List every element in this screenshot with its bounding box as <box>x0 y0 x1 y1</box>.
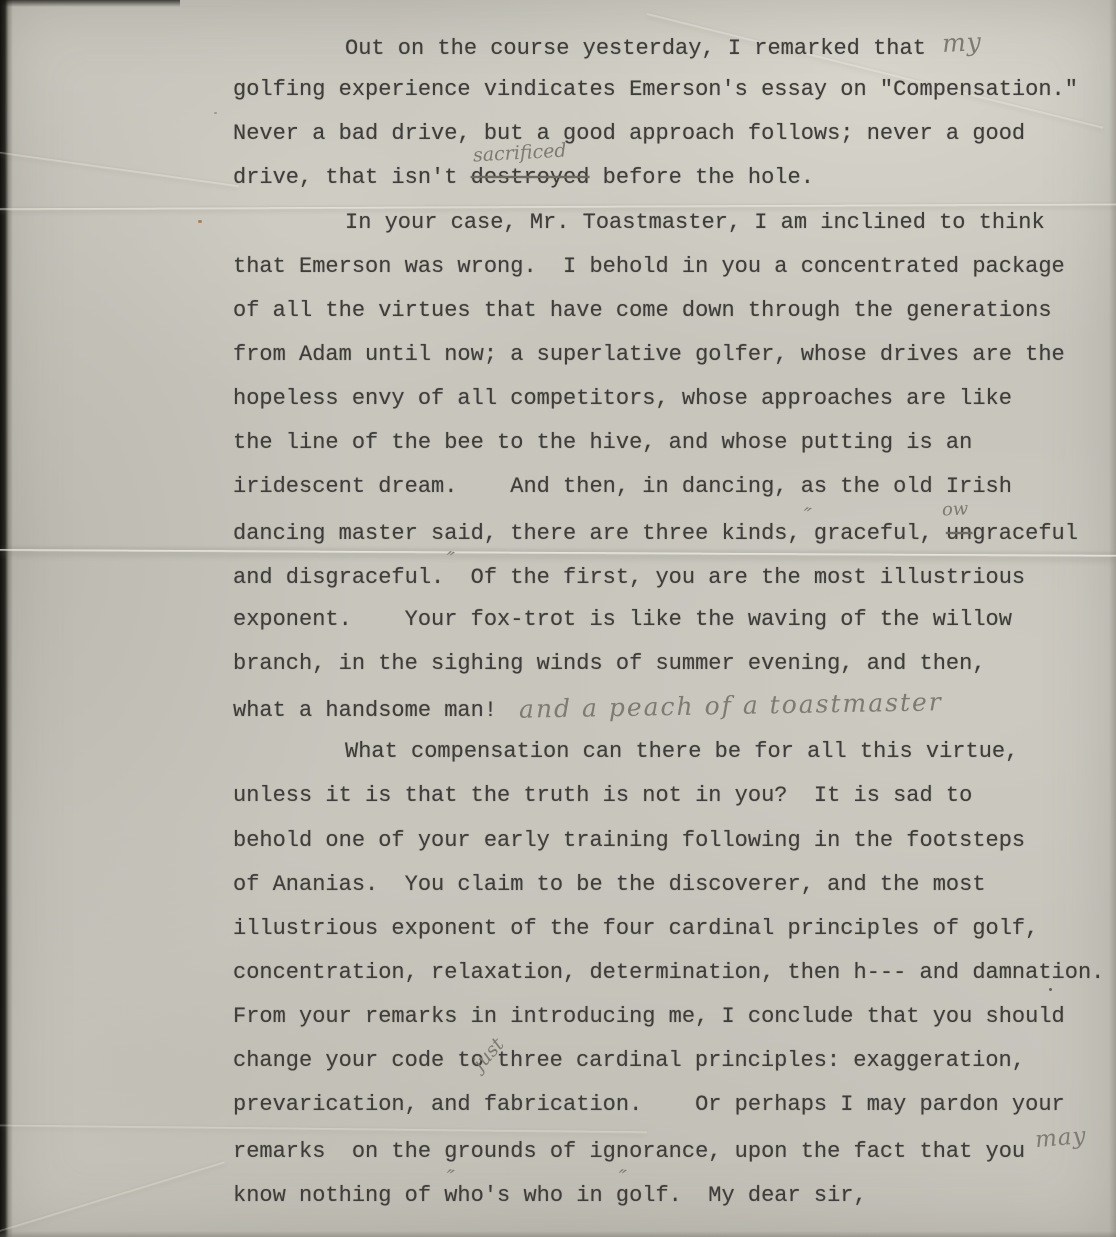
letter-line: exponent. Your fox-trot is like the wavi… <box>233 598 1113 642</box>
handwritten-insertion: just <box>484 1062 497 1066</box>
typed-text: drive, that isn't <box>233 165 471 190</box>
typed-text: prevarication, and fabrication. Or perha… <box>233 1092 1065 1117</box>
typed-text: of all the virtues that have come down t… <box>233 298 1052 323</box>
letter-line: prevarication, and fabrication. Or perha… <box>233 1083 1113 1127</box>
typed-text: What compensation can there be for all t… <box>345 739 1018 764</box>
typed-text: Of the first, you are the most illustrio… <box>444 565 1025 590</box>
handwritten-annotation: may <box>1033 1113 1088 1161</box>
handwritten-annotation: and a peach of a toastmaster <box>519 680 943 732</box>
typed-text: graceful <box>972 521 1078 546</box>
letter-line: concentration, relaxation, determination… <box>233 951 1113 995</box>
typed-text: From your remarks in introducing me, I c… <box>233 1004 1065 1029</box>
struck-through-text: unow <box>946 521 972 546</box>
letter-page: Out on the course yesterday, I remarked … <box>0 0 1116 1237</box>
typed-text: concentration, relaxation, determination… <box>233 960 1104 985</box>
letter-line: that Emerson was wrong. I behold in you … <box>233 245 1113 289</box>
letter-line: hopeless envy of all competitors, whose … <box>233 377 1113 421</box>
typed-text: that Emerson was wrong. I behold in you … <box>233 254 1065 279</box>
typed-text: golfing experience vindicates Emerson's … <box>233 77 1078 102</box>
letter-line: illustrious exponent of the four cardina… <box>233 907 1113 951</box>
typed-text: know nothing of <box>233 1183 444 1208</box>
typed-text: of Ananias. You claim to be the discover… <box>233 872 986 897</box>
letter-line: the line of the bee to the hive, and who… <box>233 421 1113 465</box>
letter-line: behold one of your early training follow… <box>233 819 1113 863</box>
letter-line: Out on the course yesterday, I remarked … <box>233 24 1113 68</box>
typed-text: and disgraceful. <box>233 565 444 590</box>
typed-text: Out on the course yesterday, I remarked … <box>345 36 926 61</box>
handwritten-correction: ow <box>941 500 968 519</box>
letter-line: From your remarks in introducing me, I c… <box>233 995 1113 1039</box>
letter-line: what a handsome man!and a peach of a toa… <box>233 686 1113 730</box>
typed-text: three cardinal principles: exaggeration, <box>497 1048 1025 1073</box>
struck-through-text: destroyedsacrificed <box>471 165 590 190</box>
handwritten-correction: sacrificed <box>472 142 566 166</box>
letter-line: from Adam until now; a superlative golfe… <box>233 333 1113 377</box>
typed-text: remarks on the grounds of ignorance, upo… <box>233 1139 1025 1164</box>
typed-text: Never a bad drive, but a good approach f… <box>233 121 1025 146</box>
letter-line: and disgraceful.″ Of the first, you are … <box>233 554 1113 598</box>
typed-text: the line of the bee to the hive, and who… <box>233 430 972 455</box>
paper-speck <box>214 112 217 114</box>
typed-text: behold one of your early training follow… <box>233 828 1025 853</box>
fold-crease-top-left <box>0 151 239 188</box>
letter-line: of Ananias. You claim to be the discover… <box>233 863 1113 907</box>
letter-line: golfing experience vindicates Emerson's … <box>233 68 1113 112</box>
typed-text: graceful, <box>801 521 946 546</box>
typed-text: hopeless envy of all competitors, whose … <box>233 386 1012 411</box>
fold-crease-bottom-left <box>0 1161 225 1236</box>
typed-text: dancing master said, there are three kin… <box>233 521 801 546</box>
typed-text: In your case, Mr. Toastmaster, I am incl… <box>345 210 1045 235</box>
paper-top-edge-shadow <box>0 0 180 7</box>
typed-text: change your code to <box>233 1048 484 1073</box>
paper-speck <box>198 220 202 223</box>
letter-line: Never a bad drive, but a good approach f… <box>233 112 1113 156</box>
letter-line: branch, in the sighing winds of summer e… <box>233 642 1113 686</box>
letter-line: remarks on the grounds of ignorance, upo… <box>233 1128 1113 1172</box>
typed-text: before the hole. <box>589 165 813 190</box>
letter-line: of all the virtues that have come down t… <box>233 289 1113 333</box>
typed-text: illustrious exponent of the four cardina… <box>233 916 1038 941</box>
letter-line: dancing master said, there are three kin… <box>233 510 1113 554</box>
typed-text: who's who in <box>444 1183 616 1208</box>
typed-text: branch, in the sighing winds of summer e… <box>233 651 986 676</box>
paper-left-edge-shadow <box>0 0 13 1237</box>
letter-line: know nothing of ″who's who in ″golf. My … <box>233 1172 1113 1216</box>
typed-text: iridescent dream. And then, in dancing, … <box>233 474 1012 499</box>
handwritten-annotation: my <box>941 20 983 66</box>
letter-line: iridescent dream. And then, in dancing, … <box>233 465 1113 509</box>
letter-line: In your case, Mr. Toastmaster, I am incl… <box>233 201 1113 245</box>
typed-text: unless it is that the truth is not in yo… <box>233 783 972 808</box>
letter-line: change your code tojustthree cardinal pr… <box>233 1039 1113 1083</box>
typed-text: what a handsome man! <box>233 698 497 723</box>
letter-line: unless it is that the truth is not in yo… <box>233 774 1113 818</box>
typed-text: exponent. Your fox-trot is like the wavi… <box>233 607 1012 632</box>
letter-line: drive, that isn't destroyedsacrificed be… <box>233 156 1113 200</box>
paper-bottom-edge-shadow <box>0 1231 1116 1237</box>
typed-text: golf. My dear sir, <box>616 1183 867 1208</box>
typed-text: from Adam until now; a superlative golfe… <box>233 342 1065 367</box>
letter-body: Out on the course yesterday, I remarked … <box>233 24 1113 1216</box>
letter-line: What compensation can there be for all t… <box>233 730 1113 774</box>
